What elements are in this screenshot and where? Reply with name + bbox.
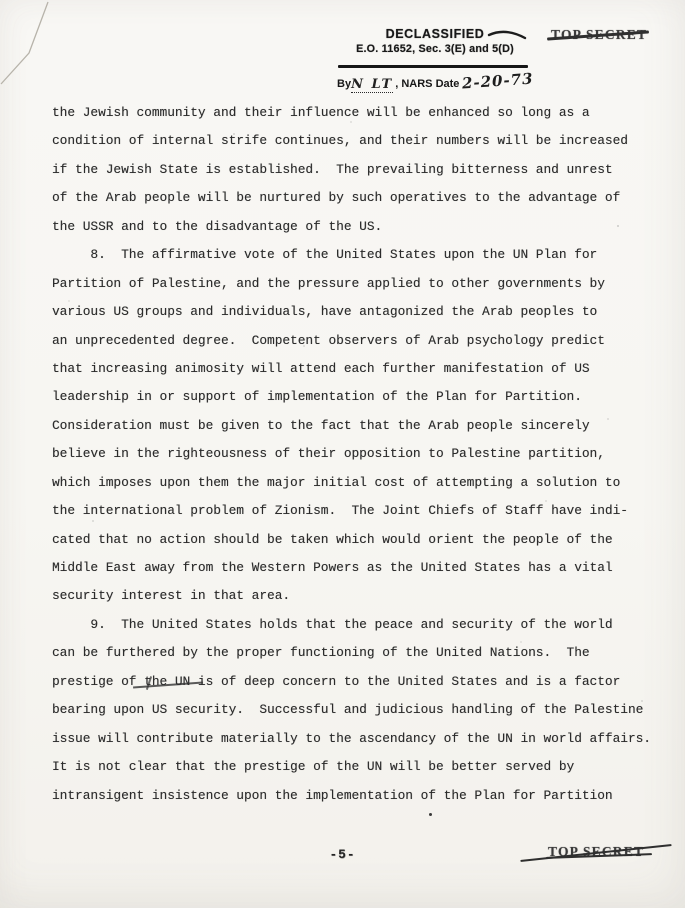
text-line: prestige of the UN is of deep concern to… bbox=[52, 668, 668, 696]
text-line: 8. The affirmative vote of the United St… bbox=[52, 241, 668, 269]
text-line: various US groups and individuals, have … bbox=[52, 298, 668, 326]
text-line: the Jewish community and their influence… bbox=[52, 99, 668, 127]
ink-speck bbox=[429, 813, 432, 816]
text-line: an unprecedented degree. Competent obser… bbox=[52, 327, 668, 355]
text-line: the international problem of Zionism. Th… bbox=[52, 497, 668, 525]
stamp-swoosh-mark-icon bbox=[487, 28, 527, 41]
scanned-document-page: DECLASSIFIED E.O. 11652, Sec. 3(E) and 5… bbox=[0, 0, 685, 908]
paper-noise-specks bbox=[0, 0, 2, 2]
document-body: the Jewish community and their influence… bbox=[52, 99, 668, 810]
text-line: can be furthered by the proper functioni… bbox=[52, 639, 668, 667]
declassified-stamp-authority: E.O. 11652, Sec. 3(E) and 5(D) bbox=[337, 43, 533, 55]
handwritten-signature: N LT bbox=[351, 77, 393, 93]
declassified-stamp-title-row: DECLASSIFIED bbox=[337, 25, 533, 40]
by-label: By bbox=[337, 78, 351, 90]
text-line: Partition of Palestine, and the pressure… bbox=[52, 270, 668, 298]
text-line: issue will contribute materially to the … bbox=[52, 725, 668, 753]
top-secret-stamp-header: TOP SECRET bbox=[551, 27, 647, 45]
text-line: that increasing animosity will attend ea… bbox=[52, 355, 668, 383]
text-line: cated that no action should be taken whi… bbox=[52, 526, 668, 554]
declassified-stamp-byline: By N LT , NARS Date 2-20-73 bbox=[337, 73, 533, 92]
text-line: It is not clear that the prestige of the… bbox=[52, 753, 668, 781]
page-fold-crease-line bbox=[0, 0, 70, 96]
text-line: 9. The United States holds that the peac… bbox=[52, 611, 668, 639]
text-line: which imposes upon them the major initia… bbox=[52, 469, 668, 497]
text-line: of the Arab people will be nurtured by s… bbox=[52, 184, 668, 212]
text-line: security interest in that area. bbox=[52, 582, 668, 610]
text-line: intransigent insistence upon the impleme… bbox=[52, 782, 668, 810]
text-line: leadership in or support of implementati… bbox=[52, 383, 668, 411]
text-line: Consideration must be given to the fact … bbox=[52, 412, 668, 440]
declassified-stamp-title: DECLASSIFIED bbox=[386, 27, 485, 41]
text-line: believe in the righteousness of their op… bbox=[52, 440, 668, 468]
text-line: if the Jewish State is established. The … bbox=[52, 156, 668, 184]
top-secret-stamp-footer: TOP SECRET bbox=[548, 844, 650, 862]
nars-date-label: , NARS Date bbox=[395, 78, 459, 90]
text-line: condition of internal strife continues, … bbox=[52, 127, 668, 155]
stamp-divider-line bbox=[338, 65, 528, 68]
text-line: bearing upon US security. Successful and… bbox=[52, 696, 668, 724]
text-line: the USSR and to the disadvantage of the … bbox=[52, 213, 668, 241]
handwritten-date: 2-20-73 bbox=[462, 69, 535, 92]
text-line: Middle East away from the Western Powers… bbox=[52, 554, 668, 582]
declassified-stamp: DECLASSIFIED E.O. 11652, Sec. 3(E) and 5… bbox=[337, 25, 533, 92]
